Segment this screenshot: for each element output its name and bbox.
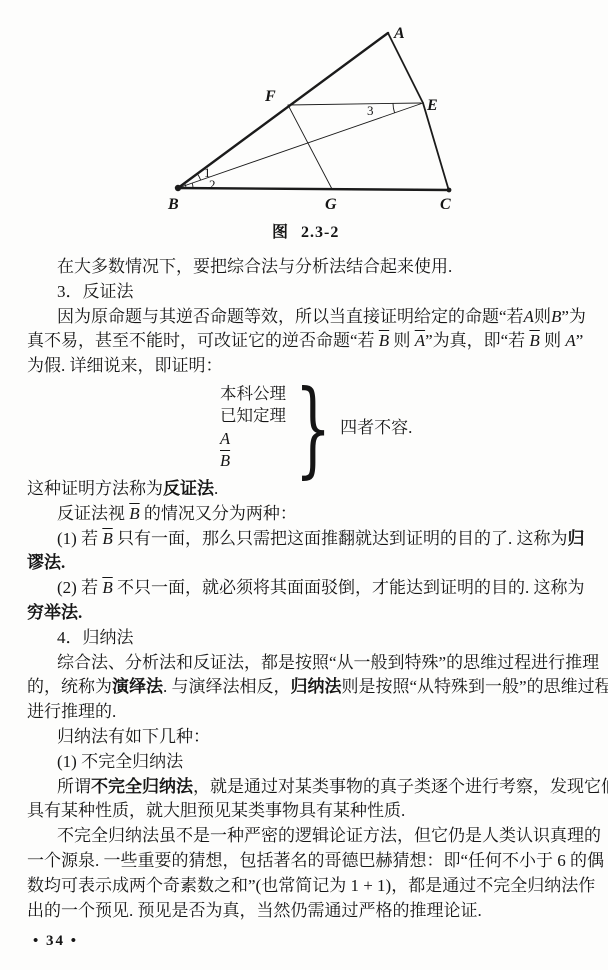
text-run: 具有某种性质，就大胆预见某类事物具有某种性质. (27, 801, 405, 820)
text-line: 具有某种性质，就大胆预见某类事物具有某种性质. (27, 799, 581, 824)
text-line: 综合法、分析法和反证法，都是按照“从一般到特殊”的思维过程进行推理 (27, 651, 581, 676)
text-run: 所谓 (57, 777, 91, 796)
text-run: B (102, 529, 112, 548)
text-run: ”为真，即“若 (425, 331, 529, 350)
text-line: 不完全归纳法虽不是一种严密的逻辑论证方法，但它仍是人类认识真理的 (27, 824, 581, 849)
text-run: 一个源泉. 一些重要的猜想，包括著名的哥德巴赫猜想：即“任何不小于 6 的偶 (27, 851, 604, 870)
figure-line (388, 33, 423, 103)
text-run: ”为 (561, 307, 586, 326)
text-line: 因为原命题与其逆否命题等效，所以当直接证明给定的命题“若A则B”为 (27, 305, 581, 330)
angle-label-2: 2 (209, 177, 216, 192)
text-run: 则 (534, 307, 551, 326)
text-run: B (379, 331, 389, 350)
text-run: 则是按照“从特殊到一般”的思维过程 (342, 677, 608, 696)
text-run: A (220, 429, 230, 448)
angle-label-3: 3 (367, 103, 374, 118)
figure-line (423, 103, 449, 191)
text-line: 一个源泉. 一些重要的猜想，包括著名的哥德巴赫猜想：即“任何不小于 6 的偶 (27, 849, 581, 874)
text-line: 归纳法有如下几种： (27, 725, 581, 750)
point-label-C: C (440, 196, 451, 212)
text-line: 4．归纳法 (27, 626, 581, 651)
text-run: B (129, 504, 139, 523)
text-run: 归纳法 (291, 677, 342, 696)
figure-caption-prefix: 图 (272, 224, 289, 241)
text-line: 数均可表示成两个奇素数之和”(也常简记为 1 + 1)，都是通过不完全归纳法作 (27, 874, 581, 899)
text-run: . 与演绎法相反， (163, 677, 291, 696)
figure-line (288, 103, 421, 105)
text-run: 为假. 详细说来，即证明： (27, 356, 223, 375)
angle-arc (393, 104, 395, 113)
text-run: 这种证明方法称为 (27, 479, 163, 498)
text-run: B (529, 331, 539, 350)
text-run: ” (576, 331, 584, 350)
point-label-A: A (393, 25, 405, 42)
text-run: 演绎法 (112, 677, 163, 696)
point-label-G: G (325, 196, 337, 212)
text-line: 谬法. (27, 551, 581, 576)
text-line: 反证法视 B 的情况又分为两种： (27, 502, 581, 527)
text-line: 的，统称为演绎法. 与演绎法相反，归纳法则是按照“从特殊到一般”的思维过程 (27, 675, 581, 700)
text-run: 反证法视 (57, 504, 129, 523)
text-line: 在大多数情况下，要把综合法与分析法结合起来使用. (27, 255, 581, 280)
figure-caption: 图2.3-2 (272, 219, 339, 242)
text-run: 4．归纳法 (57, 628, 134, 647)
text-run: 的，统称为 (27, 677, 112, 696)
triangle-diagram: ABCEFG123 (0, 0, 608, 212)
point-label-F: F (264, 88, 276, 105)
text-line: 进行推理的. (27, 700, 581, 725)
incompatibility-brace-block: 本科公理已知定理AB}四者不容. (220, 382, 581, 474)
text-run: 不只一面，就必须将其面面驳倒，才能达到证明的目的. 这称为 (113, 578, 585, 597)
text-line: 3．反证法 (27, 280, 581, 305)
text-line: 出的一个预见. 预见是否为真，当然仍需通过严格的推理论证. (27, 899, 581, 924)
text-line: (2) 若 B 不只一面，就必须将其面面驳倒，才能达到证明的目的. 这称为 (27, 576, 581, 601)
text-run: A (415, 331, 425, 350)
text-run: 穷举法. (27, 603, 82, 622)
brace-items: 本科公理已知定理AB (220, 383, 286, 473)
text-run: 数均可表示成两个奇素数之和”(也常简记为 1 + 1)，都是通过不完全归纳法作 (27, 876, 595, 895)
text-run: (1) 若 (57, 529, 102, 548)
text-run: 反证法 (163, 479, 214, 498)
figure-line (178, 103, 423, 188)
text-line: 真不易，甚至不能时，可改证它的逆否命题“若 B 则 A”为真，即“若 B 则 A… (27, 329, 581, 354)
figure-line (288, 105, 332, 189)
right-brace: } (295, 383, 331, 473)
point-label-B: B (167, 196, 179, 212)
body-text: 在大多数情况下，要把综合法与分析法结合起来使用.3．反证法因为原命题与其逆否命题… (27, 255, 581, 923)
text-run: (2) 若 (57, 578, 102, 597)
text-line: (1) 若 B 只有一面，那么只需把这面推翻就达到证明的目的了. 这称为归 (27, 527, 581, 552)
text-run: 归 (567, 529, 584, 548)
page-number: • 34 • (33, 933, 78, 950)
text-run: 进行推理的. (27, 702, 116, 721)
text-run: B (220, 451, 230, 470)
text-run: 已知定理 (220, 406, 286, 425)
textbook-page: ABCEFG123 图2.3-2 在大多数情况下，要把综合法与分析法结合起来使用… (0, 0, 608, 970)
text-line: 所谓不完全归纳法，就是通过对某类事物的真子类逐个进行考察，发现它们 (27, 775, 581, 800)
text-run: 3．反证法 (57, 282, 134, 301)
text-run: 综合法、分析法和反证法，都是按照“从一般到特殊”的思维过程进行推理 (57, 653, 599, 672)
text-run: 出的一个预见. 预见是否为真，当然仍需通过严格的推理论证. (27, 901, 482, 920)
text-run: 归纳法有如下几种： (57, 727, 210, 746)
text-run: 本科公理 (220, 384, 286, 403)
text-run: 不完全归纳法虽不是一种严密的逻辑论证方法，但它仍是人类认识真理的 (57, 826, 601, 845)
figure-line (178, 188, 450, 190)
angle-arc (197, 174, 200, 180)
text-run: 则 (540, 331, 566, 350)
geometry-figure: ABCEFG123 (0, 0, 608, 212)
figure-caption-number: 2.3-2 (301, 224, 339, 241)
text-run: (1) 不完全归纳法 (57, 752, 183, 771)
vertex-dot (175, 185, 181, 191)
brace-item: 已知定理 (220, 405, 286, 428)
text-line: 穷举法. (27, 601, 581, 626)
text-run: 真不易，甚至不能时，可改证它的逆否命题“若 (27, 331, 379, 350)
text-run: B (551, 307, 561, 326)
text-run: A (565, 331, 575, 350)
text-run: ，就是通过对某类事物的真子类逐个进行考察，发现它们 (193, 777, 608, 796)
brace-result-label: 四者不容. (340, 416, 412, 441)
text-run: A (524, 307, 534, 326)
brace-item: B (220, 450, 286, 473)
text-run: B (102, 578, 112, 597)
vertex-dot (447, 188, 452, 193)
text-run: 在大多数情况下，要把综合法与分析法结合起来使用. (57, 257, 452, 276)
text-line: (1) 不完全归纳法 (27, 750, 581, 775)
brace-item: A (220, 428, 286, 451)
brace-item: 本科公理 (220, 383, 286, 406)
text-run: 谬法. (27, 553, 65, 572)
text-run: 则 (389, 331, 415, 350)
text-run: 的情况又分为两种： (140, 504, 297, 523)
text-run: . (214, 479, 218, 498)
text-run: 因为原命题与其逆否命题等效，所以当直接证明给定的命题“若 (57, 307, 524, 326)
text-run: 只有一面，那么只需把这面推翻就达到证明的目的了. 这称为 (113, 529, 568, 548)
text-run: 不完全归纳法 (91, 777, 193, 796)
point-label-E: E (426, 97, 438, 114)
